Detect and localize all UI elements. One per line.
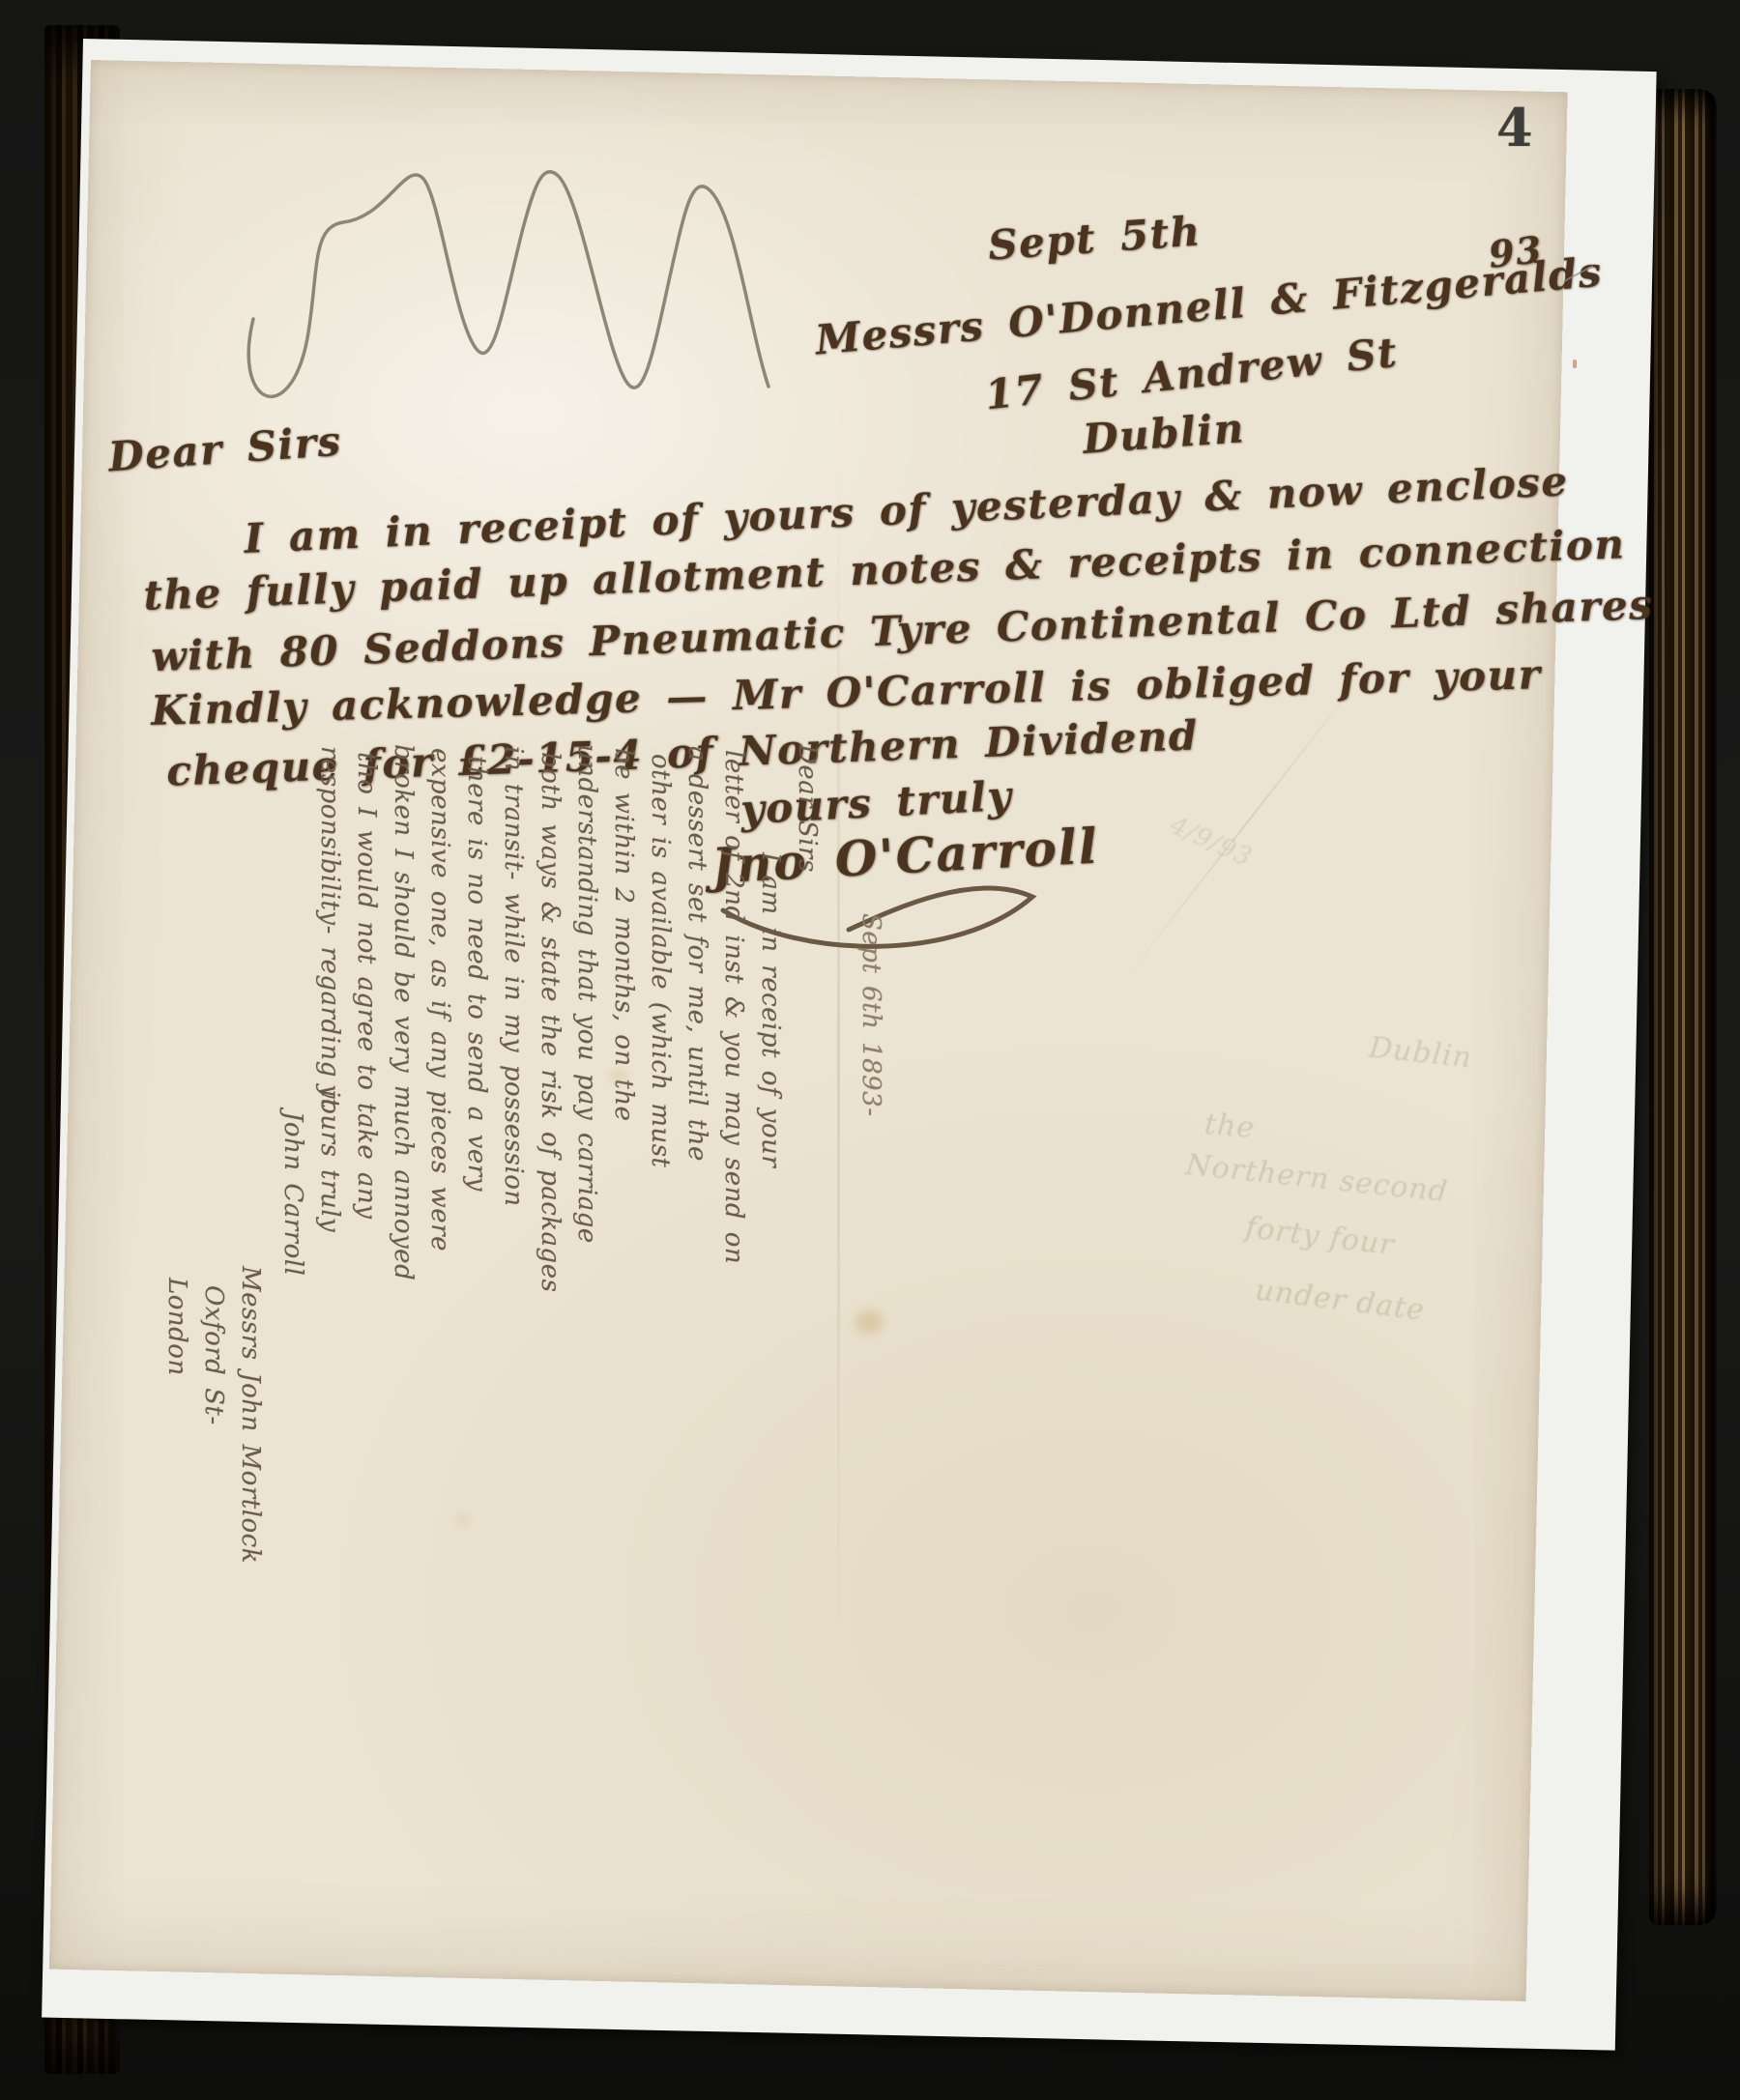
letter2-body-line: a dessert set for me, until the	[679, 746, 715, 1537]
paper-stain	[855, 1310, 884, 1334]
letter2-body-line: in transit- while in my possession	[495, 746, 532, 1537]
letter2-body-line: understanding that you pay carriage	[568, 744, 605, 1537]
letter2-date: Sept 6th 1893-	[853, 913, 889, 1537]
letter2-body-line: both ways & state the risk of packages	[532, 752, 568, 1537]
letter2-body-line: tho I would not agree to take any	[348, 752, 385, 1537]
page-crease-vertical	[837, 454, 840, 1662]
letter2-body-line: expensive one, as if any pieces were	[421, 748, 458, 1537]
ghost-text-line: the	[1203, 1108, 1257, 1145]
letter2-body-line: other is available (which must	[642, 754, 679, 1537]
letter2-body-line: there is no need to send a very	[458, 756, 495, 1537]
page-ink-overlay: 4 Sept 5th 93 Messrs O'Donnell & Fitzger…	[0, 0, 1740, 2100]
letter2-rotated-block: Sept 6th 1893- Dear Sirs I am in receipt…	[116, 744, 889, 1537]
letter2-signature: John Carroll	[275, 1111, 311, 1537]
scanned-letterbook-photo: 4 Sept 5th 93 Messrs O'Donnell & Fitzger…	[0, 0, 1740, 2100]
letter2-recipient-city: London	[159, 1278, 195, 1537]
paper-stain	[454, 1513, 472, 1527]
letter2-closing: yours truly	[311, 1084, 348, 1537]
letter2-body-line: I am in receipt of your	[752, 852, 789, 1537]
red-fleck	[1573, 360, 1577, 368]
letter2-recipient-street: Oxford St-	[195, 1285, 232, 1537]
paper-stain	[609, 1069, 628, 1084]
letter2-salutation: Dear Sirs	[789, 744, 826, 1537]
letter2-body-line: letter of 2nd inst & you may send on	[715, 750, 752, 1537]
letter2-recipient-name: Messrs John Mortlock	[232, 1266, 269, 1537]
letter2-body-line: broken I should be very much annoyed	[385, 744, 421, 1537]
letter2-body-line: be within 2 months, on the	[605, 748, 642, 1537]
